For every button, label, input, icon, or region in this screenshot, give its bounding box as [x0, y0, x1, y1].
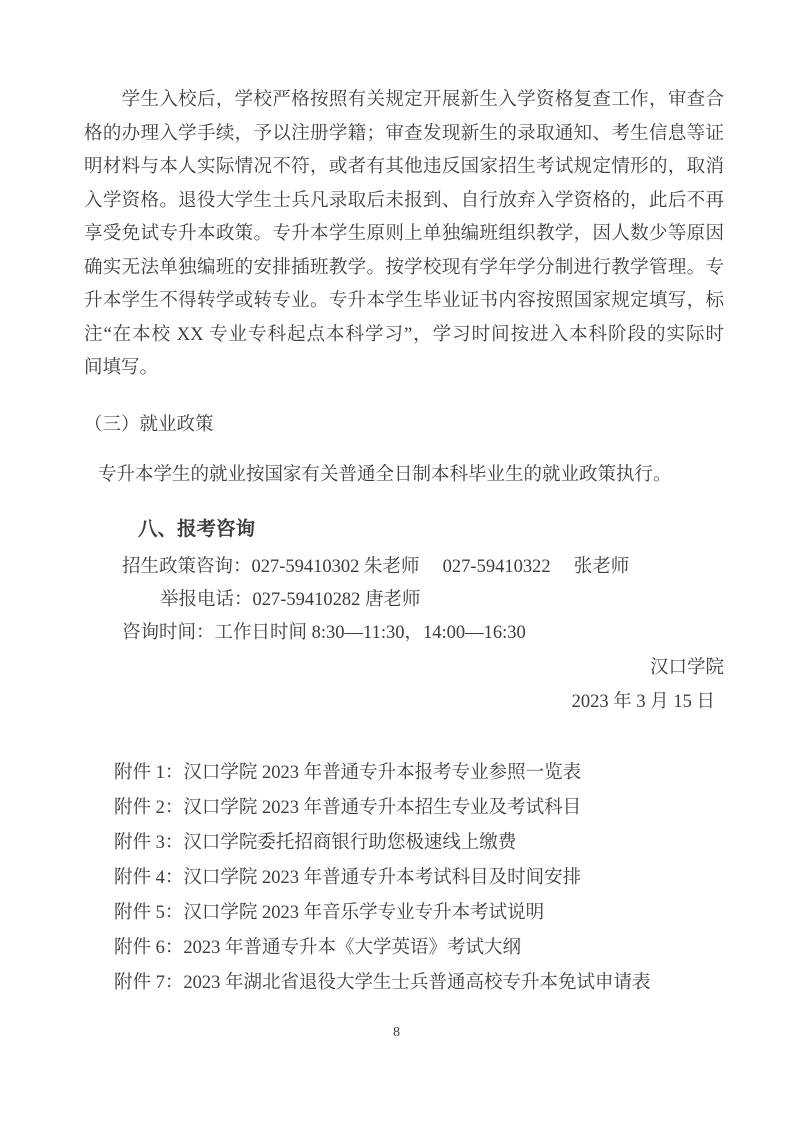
paragraph-line: 确实无法单独编班的安排插班教学。按学校现有学年学分制进行教学管理。专	[84, 252, 724, 286]
page-content: 学生入校后，学校严格按照有关规定开展新生入学资格复查工作，审查合 格的办理入学手…	[84, 84, 724, 1001]
report-hotline-line: 举报电话：027-59410282 唐老师	[160, 584, 724, 617]
attachment-item: 附件 1：汉口学院 2023 年普通专升本报考专业参照一览表	[114, 756, 724, 791]
attachment-item: 附件 7：2023 年湖北省退役大学生士兵普通高校专升本免试申请表	[114, 966, 724, 1001]
attachment-item: 附件 6：2023 年普通专升本《大学英语》考试大纲	[114, 931, 724, 966]
paragraph-line: 学生入校后，学校严格按照有关规定开展新生入学资格复查工作，审查合	[84, 84, 724, 118]
document-page: 学生入校后，学校严格按照有关规定开展新生入学资格复查工作，审查合 格的办理入学手…	[0, 0, 793, 1122]
consultation-heading: 八、报考咨询	[138, 513, 724, 547]
employment-policy-body: 专升本学生的就业按国家有关普通全日制本科毕业生的就业政策执行。	[98, 459, 724, 492]
paragraph-line: 明材料与本人实际情况不符，或者有其他违反国家招生考试规定情形的，取消	[84, 151, 724, 185]
signature-organization: 汉口学院	[84, 652, 724, 685]
attachment-item: 附件 3：汉口学院委托招商银行助您极速线上缴费	[114, 826, 724, 861]
contact-info: 招生政策咨询：027-59410302 朱老师 027-59410322 张老师…	[84, 551, 724, 650]
paragraph-line: 入学资格。退役大学生士兵凡录取后未报到、自行放弃入学资格的，此后不再	[84, 185, 724, 219]
paragraph-line: 间填写。	[84, 352, 724, 386]
paragraph-line: 享受免试专升本政策。专升本学生原则上单独编班组织教学，因人数少等原因	[84, 218, 724, 252]
attachments-list: 附件 1：汉口学院 2023 年普通专升本报考专业参照一览表 附件 2：汉口学院…	[114, 756, 724, 1001]
employment-policy-heading: （三）就业政策	[84, 409, 724, 442]
paragraph-line: 格的办理入学手续，予以注册学籍；审查发现新生的录取通知、考生信息等证	[84, 118, 724, 152]
admission-consult-line: 招生政策咨询：027-59410302 朱老师 027-59410322 张老师	[122, 551, 724, 584]
signature-date: 2023 年 3 月 15 日	[84, 685, 724, 719]
page-number: 8	[0, 1025, 793, 1041]
attachment-item: 附件 2：汉口学院 2023 年普通专升本招生专业及考试科目	[114, 791, 724, 826]
enrollment-review-paragraph: 学生入校后，学校严格按照有关规定开展新生入学资格复查工作，审查合 格的办理入学手…	[84, 84, 724, 386]
attachment-item: 附件 5：汉口学院 2023 年音乐学专业专升本考试说明	[114, 896, 724, 931]
paragraph-line: 升本学生不得转学或转专业。专升本学生毕业证书内容按照国家规定填写，标	[84, 285, 724, 319]
paragraph-line: 注“在本校 XX 专业专科起点本科学习”，学习时间按进入本科阶段的实际时	[84, 319, 724, 353]
consult-hours-line: 咨询时间：工作日时间 8:30—11:30，14:00—16:30	[122, 617, 724, 650]
attachment-item: 附件 4：汉口学院 2023 年普通专升本考试科目及时间安排	[114, 861, 724, 896]
